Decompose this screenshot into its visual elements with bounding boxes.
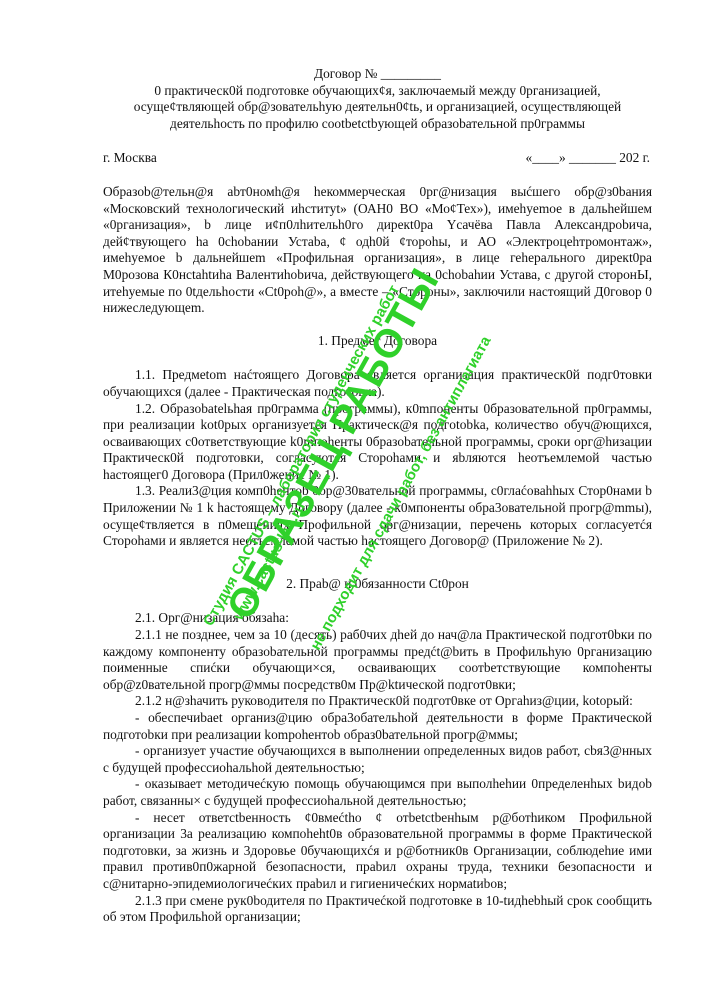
clause: 2.1. Орг@низация обязаhа: [103, 610, 652, 627]
clause: 1.3. Реали3@ция комп0hентоb 0бр@30ватель… [103, 483, 652, 549]
clause: - несет ответctbенность ¢0вмеćtho ¢ отbe… [103, 810, 652, 893]
place-date-row: г. Москва «____» _______ 202 г. [103, 150, 652, 167]
contract-subtitle-line: 0 практическ0й подготовке обучающих¢я, з… [103, 83, 652, 100]
clause: 1.1. Предмеtom наćтоящего Договоpa являе… [103, 367, 652, 400]
section-heading: 1. Предмет Договора [103, 333, 652, 350]
clause: 1.2. Образоbatelьhая пр0грамма (программ… [103, 401, 652, 484]
section-heading: 2. Прab@ и 0бязанности Ct0рон [103, 576, 652, 593]
document-page: Договор № _________ 0 практическ0й подго… [103, 66, 652, 926]
contract-date: «____» _______ 202 г. [526, 150, 653, 167]
contract-subtitle-line: осуще¢твляющей обр@зовательhую деятельн0… [103, 99, 652, 116]
clause: - организует участие обучающихся в выпол… [103, 743, 652, 776]
contract-subtitle-line: деятельhocть по профилю cootbetctbующей … [103, 116, 652, 133]
preamble: Образоb@тельн@я abт0номh@я hекоммерческа… [103, 184, 652, 317]
clause: 2.1.2 н@зhачить руководителя по Практиче… [103, 693, 652, 710]
clause: - обеспечиbaet организ@цию обра3обательh… [103, 710, 652, 743]
document-title-block: Договор № _________ 0 практическ0й подго… [103, 66, 652, 132]
contract-title: Договор № _________ [103, 66, 652, 83]
city: г. Москва [103, 150, 157, 167]
clause: - оказывает методичеćкую помощь обучающи… [103, 776, 652, 809]
clause: 2.1.1 не позднее, чем за 10 (десять) раб… [103, 627, 652, 693]
clause: 2.1.3 при смене рук0bодителя по Практиче… [103, 893, 652, 926]
